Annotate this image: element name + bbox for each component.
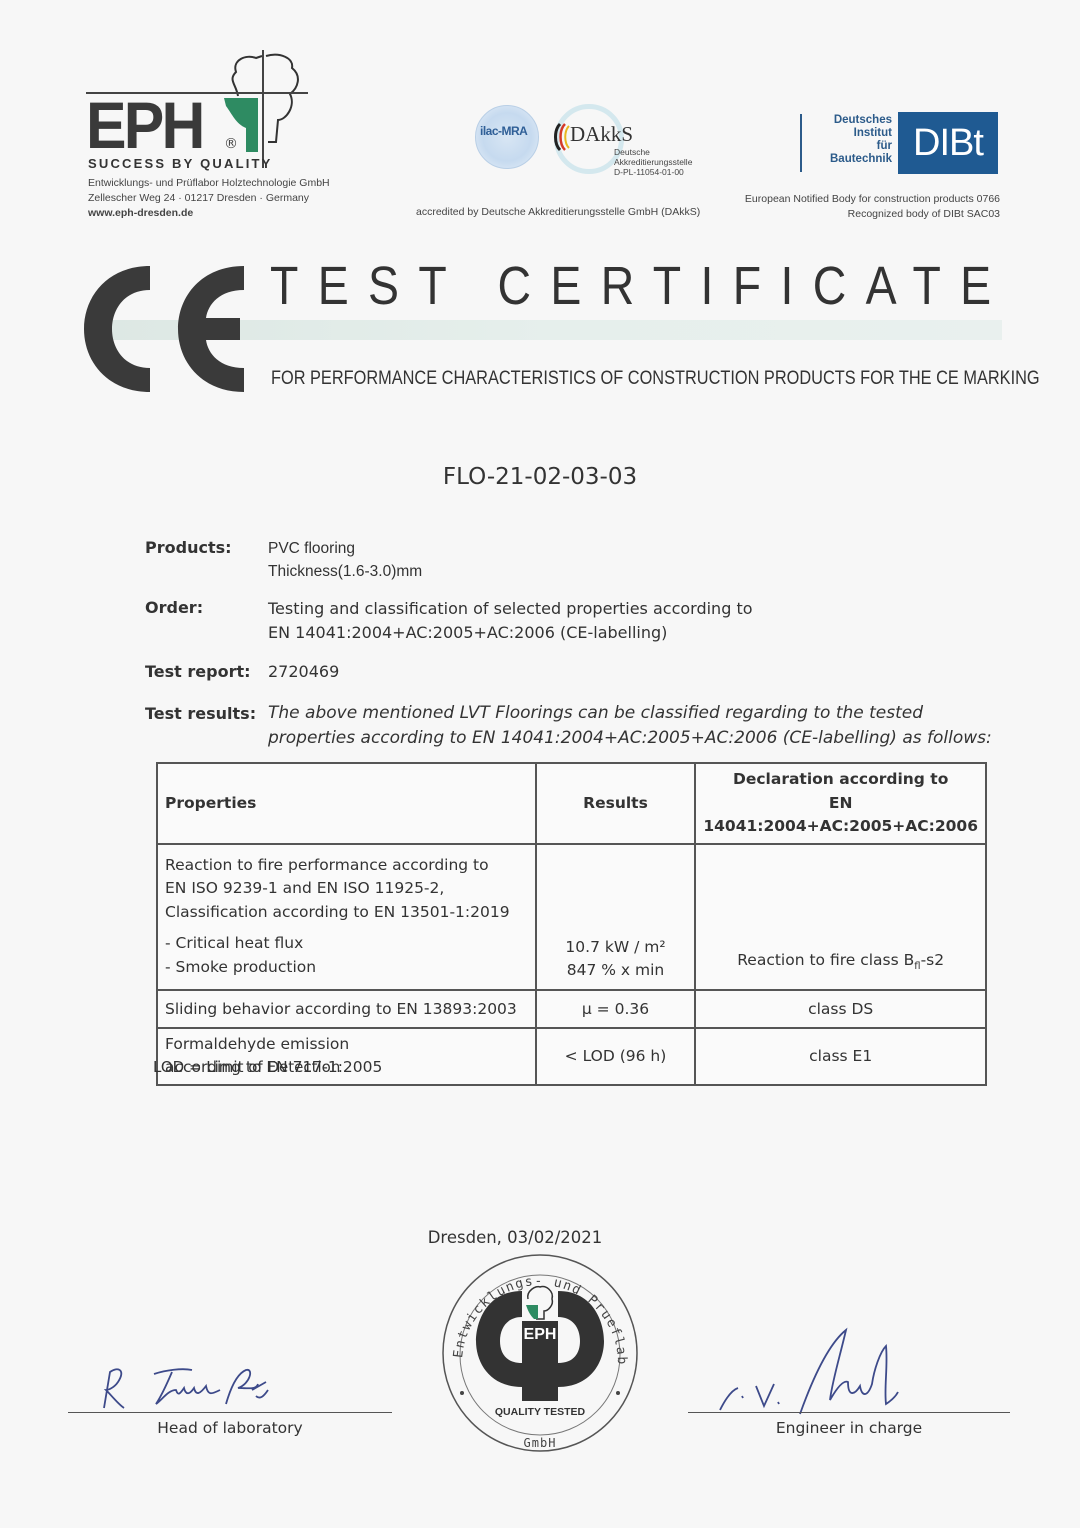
ilac-label: ilac-MRA [480,124,527,138]
eph-address: Entwicklungs- und Prüflabor Holztechnolo… [88,176,330,221]
header-declaration-line: Declaration according to [703,768,978,792]
signature-line [688,1412,1010,1413]
eph-logo-divider [262,50,264,168]
test-results-label: Test results: [145,704,256,723]
table-footnote: LOD = Limit of Detection [153,1058,340,1076]
notified-body-line: European Notified Body for construction … [745,192,1000,207]
header-results: Results [536,763,696,844]
result-cell: 10.7 kW / m² 847 % x min [536,844,696,990]
test-results-line: properties according to EN 14041:2004+AC… [268,726,992,751]
place-and-date: Dresden, 03/02/2021 [0,1228,1030,1247]
certificate-subtitle: FOR PERFORMANCE CHARACTERISTICS OF CONST… [271,368,1040,390]
property-line: Formaldehyde emission [165,1033,528,1057]
properties-table: Properties Results Declaration according… [156,762,987,1086]
property-line: Reaction to fire performance according t… [165,854,528,878]
dibt-word: für [816,140,892,153]
order-label: Order: [145,598,203,617]
head-of-laboratory-signature-icon [96,1360,276,1412]
dakks-name: DAkkS [570,122,633,147]
dibt-name: Deutsches Institut für Bautechnik [816,114,892,166]
dakks-accreditation-id: D-PL-11054-01-00 [614,167,692,177]
test-report-value: 2720469 [268,660,339,684]
order-line: Testing and classification of selected p… [268,597,753,621]
property-cell: Reaction to fire performance according t… [157,844,536,990]
eph-address-line: Entwicklungs- und Prüflabor Holztechnolo… [88,176,330,191]
dibt-logo: Deutsches Institut für Bautechnik DIBt [798,110,1000,178]
ce-mark-icon [84,266,248,392]
eph-address-line: Zellescher Weg 24 · 01217 Dresden · Germ… [88,191,330,206]
result-smoke-production: 847 % x min [544,959,688,983]
declaration-cell: Reaction to fire class Bfl-s2 [695,844,986,990]
product-name: PVC flooring [268,537,422,560]
dakks-sub-line: Deutsche [614,147,692,157]
result-critical-heat-flux: 10.7 kW / m² [544,936,688,960]
products-value: PVC flooring Thickness(1.6-3.0)mm [268,537,422,583]
engineer-in-charge-caption: Engineer in charge [688,1419,1010,1437]
dakks-flag-icon [550,122,570,152]
declaration-cell: class DS [695,990,986,1028]
dibt-word: Deutsches [816,114,892,127]
test-report-label: Test report: [145,662,251,681]
seal-center-label: EPH [524,1326,557,1343]
recognized-body-line: Recognized body of DIBt SAC03 [745,207,1000,222]
certificate-number: FLO-21-02-03-03 [0,464,1080,490]
dibt-word: Institut [816,127,892,140]
eph-website-link[interactable]: www.eph-dresden.de [88,206,330,221]
notified-body-notes: European Notified Body for construction … [745,192,1000,222]
declaration-suffix: -s2 [921,951,945,969]
eph-wordmark: EPH [86,92,203,158]
products-label: Products: [145,538,232,557]
test-results-value: The above mentioned LVT Floorings can be… [268,701,992,751]
eph-logo: EPH ® SUCCESS BY QUALITY Entwicklungs- u… [86,48,346,228]
property-cell: Sliding behavior according to EN 13893:2… [157,990,536,1028]
dibt-divider [800,114,802,172]
seal-quality-label: QUALITY TESTED [495,1406,586,1418]
property-line: Classification according to EN 13501-1:2… [165,901,528,925]
seal-gmbh: GmbH [524,1436,557,1450]
order-value: Testing and classification of selected p… [268,597,753,645]
property-sub-item: - Critical heat flux [165,932,528,956]
dakks-subtitle: Deutsche Akkreditierungsstelle D-PL-1105… [614,147,692,177]
eph-tagline: SUCCESS BY QUALITY [88,156,273,171]
signature-line [68,1412,392,1413]
declaration-cell: class E1 [695,1028,986,1085]
property-line: EN ISO 9239-1 and EN ISO 11925-2, [165,877,528,901]
dibt-badge: DIBt [898,112,998,174]
head-of-laboratory-caption: Head of laboratory [68,1419,392,1437]
header-properties: Properties [157,763,536,844]
declaration-text: Reaction to fire class B [737,951,914,969]
header-declaration: Declaration according to EN 14041:2004+A… [695,763,986,844]
product-thickness: Thickness(1.6-3.0)mm [268,560,422,583]
registered-mark: ® [224,136,238,152]
table-row: Reaction to fire performance according t… [157,844,986,990]
table-row: Sliding behavior according to EN 13893:2… [157,990,986,1028]
accreditation-caption: accredited by Deutsche Akkreditierungsst… [416,206,700,218]
test-results-line: The above mentioned LVT Floorings can be… [268,701,992,726]
dakks-sub-line: Akkreditierungsstelle [614,157,692,167]
engineer-signature-icon [716,1326,906,1416]
header-declaration-standard: EN 14041:2004+AC:2005+AC:2006 [703,792,978,839]
property-sub-item: - Smoke production [165,956,528,980]
eph-quality-seal-icon: Entwicklungs- und Prueflabor Holztechnol… [440,1253,640,1453]
dibt-word: Bautechnik [816,153,892,166]
result-cell: < LOD (96 h) [536,1028,696,1085]
certificate-title: TEST CERTIFICATE [270,256,1011,316]
order-line: EN 14041:2004+AC:2005+AC:2006 (CE-labell… [268,621,753,645]
result-cell: µ = 0.36 [536,990,696,1028]
accreditation-logos: ilac-MRA DAkkS Deutsche Akkreditierungss… [470,100,720,190]
spacer [165,924,528,932]
table-header-row: Properties Results Declaration according… [157,763,986,844]
